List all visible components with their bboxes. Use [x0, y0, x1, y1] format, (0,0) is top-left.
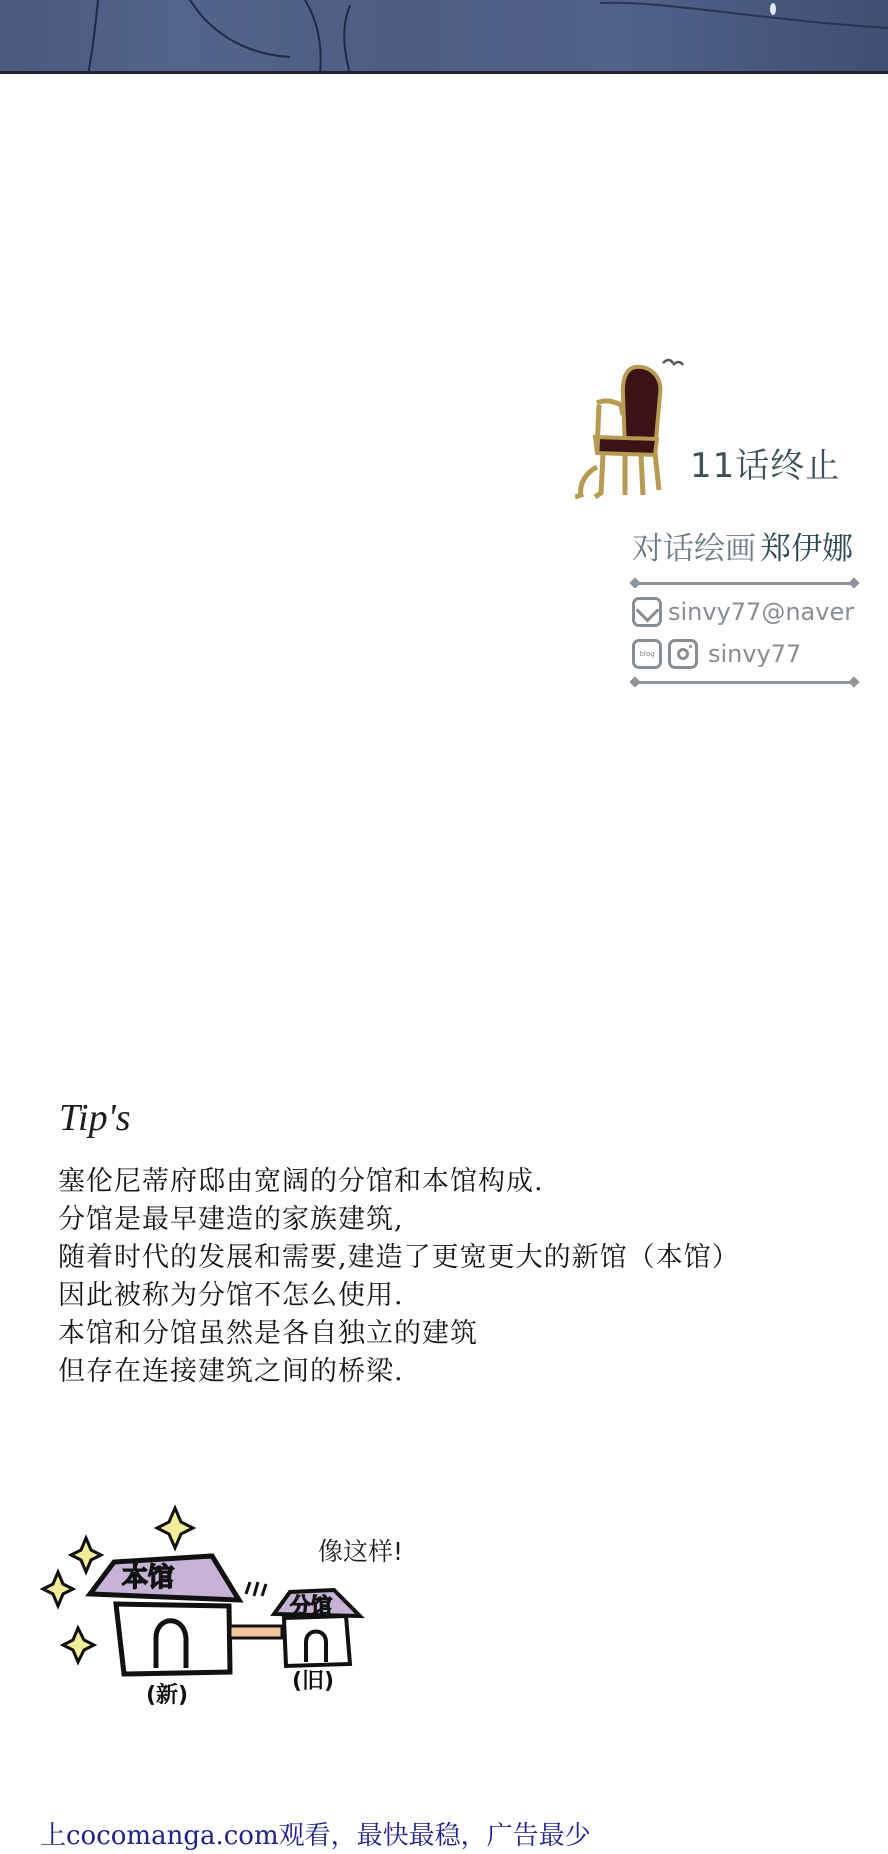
tips-line: 塞伦尼蒂府邸由宽阔的分馆和本馆构成.	[58, 1163, 858, 1201]
previous-panel-banner	[0, 0, 888, 74]
panel-artwork	[0, 0, 888, 74]
main-building-tag: (新)	[146, 1682, 188, 1708]
divider	[636, 681, 853, 684]
main-building-label: 本馆	[122, 1562, 174, 1593]
tips-line: 因此被称为分馆不怎么使用.	[58, 1277, 858, 1315]
author-credits: 对话绘画郑伊娜 sinvy77@naver blog sinvy77	[632, 530, 857, 684]
credit-role: 对话绘画	[632, 531, 756, 567]
walking-chair-icon	[575, 355, 685, 505]
blog-icon: blog	[632, 639, 662, 669]
buildings-illustration: 本馆 分馆 (新) (旧)	[34, 1496, 454, 1726]
social-row: blog sinvy77	[632, 633, 857, 675]
tips-heading: Tip's	[57, 1096, 161, 1140]
site-watermark: 上cocomanga.com观看，最快最稳，广告最少	[40, 1815, 591, 1852]
email-text: sinvy77@naver	[668, 598, 854, 626]
social-handle: sinvy77	[708, 640, 801, 668]
tips-line: 分馆是最早建造的家族建筑,	[58, 1201, 858, 1239]
chapter-end-card: 11话终止	[570, 350, 870, 510]
annex-label: 分馆	[290, 1594, 332, 1618]
credit-line: 对话绘画郑伊娜	[632, 530, 857, 568]
tips-line: 随着时代的发展和需要,建造了更宽更大的新馆（本馆）	[58, 1239, 858, 1277]
mail-icon	[632, 597, 662, 627]
chapter-end-title: 11话终止	[690, 438, 840, 487]
tips-line: 但存在连接建筑之间的桥梁.	[58, 1353, 858, 1391]
tips-line: 本馆和分馆虽然是各自独立的建筑	[58, 1315, 858, 1353]
instagram-icon	[668, 639, 698, 669]
credit-author-name: 郑伊娜	[760, 531, 853, 567]
email-row: sinvy77@naver	[632, 591, 857, 633]
divider	[636, 582, 853, 585]
tips-body: 塞伦尼蒂府邸由宽阔的分馆和本馆构成. 分馆是最早建造的家族建筑, 随着时代的发展…	[58, 1163, 858, 1391]
illustration-caption: 像这样!	[318, 1532, 403, 1568]
annex-tag: (旧)	[292, 1669, 334, 1694]
